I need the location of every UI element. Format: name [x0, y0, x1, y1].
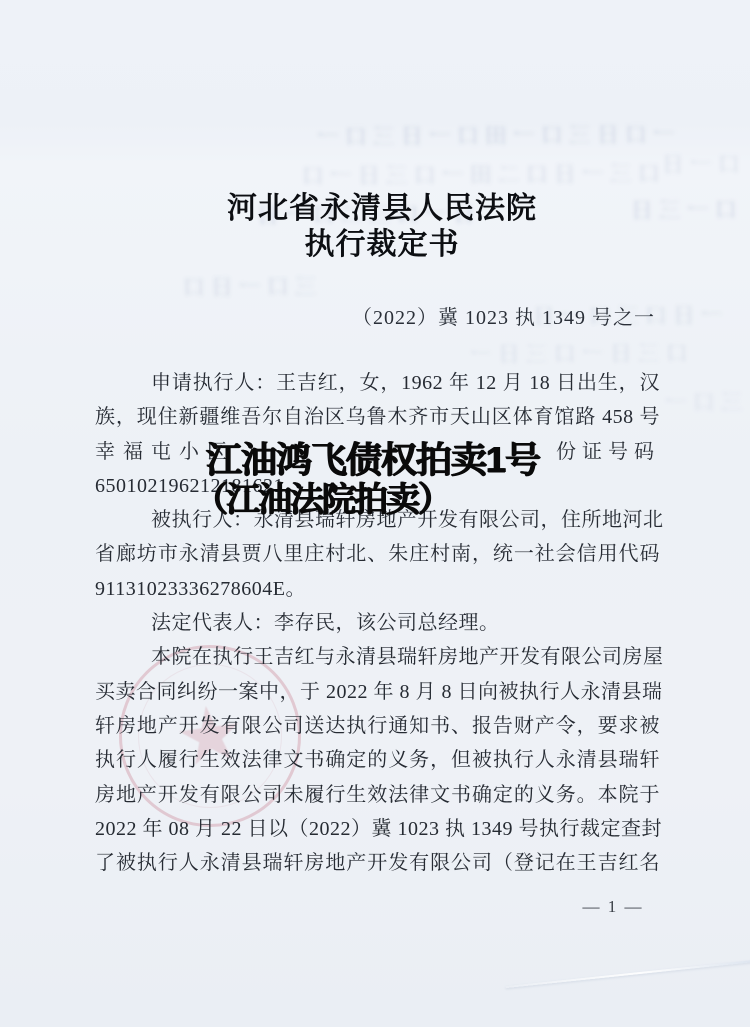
- body-line: 2022 年 08 月 22 日以（2022）冀 1023 执 1349 号执行…: [95, 812, 660, 846]
- body-text: 申请执行人：王吉红，女，1962 年 12 月 18 日出生，汉族，现住新疆维吾…: [95, 366, 660, 880]
- body-line: 91131023336278604E。: [95, 572, 660, 606]
- page-number: — 1 —: [558, 897, 668, 917]
- body-line: 执行人履行生效法律文书确定的义务，但被执行人永清县瑞轩: [95, 743, 660, 777]
- body-line: 族，现住新疆维吾尔自治区乌鲁木齐市天山区体育馆路 458 号: [95, 400, 660, 434]
- body-line: 轩房地产开发有限公司送达执行通知书、报告财产令，要求被: [95, 709, 660, 743]
- body-line: 本院在执行王吉红与永清县瑞轩房地产开发有限公司房屋: [95, 640, 660, 674]
- body-line: 申请执行人：王吉红，女，1962 年 12 月 18 日出生，汉: [95, 366, 660, 400]
- document-title: 河北省永清县人民法院 执行裁定书: [7, 191, 750, 263]
- body-line: 被执行人：永清县瑞轩房地产开发有限公司，住所地河北: [95, 503, 660, 537]
- body-line: 房地产开发有限公司未履行生效法律文书确定的义务。本院于: [95, 778, 660, 812]
- body-line-fragment: 幸福屯小区: [95, 435, 235, 469]
- body-line: 650102196212181621。: [95, 469, 660, 503]
- case-number: （2022）冀 1023 执 1349 号之一: [0, 301, 655, 330]
- document-type: 执行裁定书: [7, 227, 750, 263]
- body-line: 幸福屯小区份证号码: [95, 435, 660, 469]
- body-line: 买卖合同纠纷一案中，于 2022 年 8 月 8 日向被执行人永清县瑞: [95, 675, 660, 709]
- scanned-court-document-page: 一口日三口一田口一日三口一口三一日口二田一口三日一口日一口三二口一日口一三日三口…: [0, 0, 750, 1027]
- court-name: 河北省永清县人民法院: [7, 191, 750, 227]
- body-line-fragment: 份证号码: [556, 435, 660, 469]
- document-content: 河北省永清县人民法院 执行裁定书 （2022）冀 1023 执 1349 号之一…: [0, 0, 750, 1027]
- body-line: 了被执行人永清县瑞轩房地产开发有限公司（登记在王吉红名: [95, 846, 660, 880]
- body-line: 法定代表人：李存民，该公司总经理。: [95, 606, 660, 640]
- body-line: 省廊坊市永清县贾八里庄村北、朱庄村南，统一社会信用代码: [95, 537, 660, 571]
